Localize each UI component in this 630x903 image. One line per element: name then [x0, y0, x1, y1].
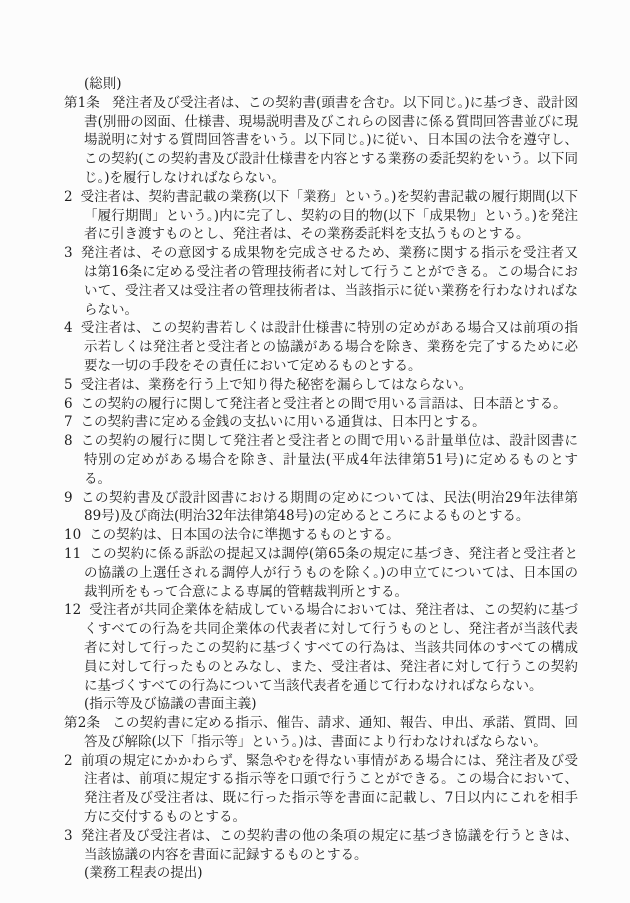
- clause-number: 6: [64, 396, 73, 412]
- clause-number: 5: [64, 377, 73, 393]
- clause-text: この契約に係る訴訟の提起又は調停(第65条の規定に基づき、発注者と受注者との協議…: [84, 546, 578, 600]
- section-heading-text: (指示等及び協議の書面主義): [84, 696, 257, 712]
- clause-number: 11: [64, 546, 81, 562]
- clause-item: 3発注者は、その意図する成果物を完成させるため、業務に関する指示を受注者又は第1…: [64, 244, 578, 319]
- clause-number: 8: [64, 433, 73, 449]
- clause-text: 発注者は、その意図する成果物を完成させるため、業務に関する指示を受注者又は第16…: [81, 245, 578, 317]
- article-number: 第2条: [64, 715, 100, 731]
- clause-text: この契約の履行に関して発注者と受注者との間で用いる計量単位は、設計図書に特別の定…: [81, 433, 578, 487]
- clause-text: この契約書及び設計図書における期間の定めについては、民法(明治29年法律第89号…: [81, 490, 578, 525]
- clause-number: 3: [64, 828, 73, 844]
- clause-item: 6この契約の履行に関して発注者と受注者との間で用いる言語は、日本語とする。: [64, 395, 578, 414]
- clause-item: 9この契約書及び設計図書における期間の定めについては、民法(明治29年法律第89…: [64, 489, 578, 527]
- clause-item: 10この契約は、日本国の法令に準拠するものとする。: [64, 526, 578, 545]
- clause-item: 7この契約書に定める金銭の支払いに用いる通貨は、日本円とする。: [64, 413, 578, 432]
- clause-number: 12: [64, 602, 81, 618]
- document-page: (総則)第1条発注者及び受注者は、この契約書(頭書を含む。以下同じ。)に基づき、…: [0, 0, 630, 903]
- clause-text: 受注者は、この契約書若しくは設計仕様書に特別の定めがある場合又は前項の指示若しく…: [81, 320, 578, 374]
- section-heading-text: (業務工程表の提出): [84, 865, 203, 881]
- clause-item: 2受注者は、契約書記載の業務(以下「業務」という。)を契約書記載の履行期間(以下…: [64, 188, 578, 244]
- clause-text: 受注者が共同企業体を結成している場合においては、発注者は、この契約に基づくすべて…: [84, 602, 578, 693]
- clause-text: 受注者は、業務を行う上で知り得た秘密を漏らしてはならない。: [81, 377, 473, 393]
- clause-number: 2: [64, 189, 73, 205]
- section-heading-text: (総則): [84, 76, 122, 92]
- article-number: 第1条: [64, 95, 100, 111]
- clause-item: 3発注者及び受注者は、この契約書の他の条項の規定に基づき協議を行うときは、当該協…: [64, 827, 578, 865]
- article-paragraph: 第1条発注者及び受注者は、この契約書(頭書を含む。以下同じ。)に基づき、設計図書…: [64, 94, 578, 188]
- clause-item: 2前項の規定にかかわらず、緊急やむを得ない事情がある場合には、発注者及び受注者は…: [64, 752, 578, 827]
- clause-number: 7: [64, 414, 73, 430]
- clause-item: 8この契約の履行に関して発注者と受注者との間で用いる計量単位は、設計図書に特別の…: [64, 432, 578, 488]
- clause-item: 12受注者が共同企業体を結成している場合においては、発注者は、この契約に基づくす…: [64, 601, 578, 695]
- clause-text: 前項の規定にかかわらず、緊急やむを得ない事情がある場合には、発注者及び受注者は、…: [81, 753, 578, 825]
- clause-number: 3: [64, 245, 73, 261]
- clause-item: 11この契約に係る訴訟の提起又は調停(第65条の規定に基づき、発注者と受注者との…: [64, 545, 578, 601]
- section-heading: (総則): [64, 75, 578, 94]
- clause-number: 2: [64, 753, 73, 769]
- clause-number: 10: [64, 527, 81, 543]
- clause-text: この契約書に定める金銭の支払いに用いる通貨は、日本円とする。: [81, 414, 486, 430]
- article-paragraph: 第2条この契約書に定める指示、催告、請求、通知、報告、申出、承諾、質問、回答及び…: [64, 714, 578, 752]
- clause-number: 9: [64, 490, 73, 506]
- clause-text: この契約は、日本国の法令に準拠するものとする。: [89, 527, 400, 543]
- article-text: この契約書に定める指示、催告、請求、通知、報告、申出、承諾、質問、回答及び解除(…: [84, 715, 578, 750]
- document-body: (総則)第1条発注者及び受注者は、この契約書(頭書を含む。以下同じ。)に基づき、…: [64, 75, 578, 883]
- clause-text: 発注者及び受注者は、この契約書の他の条項の規定に基づき協議を行うときは、当該協議…: [81, 828, 578, 863]
- clause-text: この契約の履行に関して発注者と受注者との間で用いる言語は、日本語とする。: [81, 396, 567, 412]
- clause-text: 受注者は、契約書記載の業務(以下「業務」という。)を契約書記載の履行期間(以下「…: [81, 189, 578, 243]
- article-text: 発注者及び受注者は、この契約書(頭書を含む。以下同じ。)に基づき、設計図書(別冊…: [84, 95, 578, 186]
- section-heading: (業務工程表の提出): [64, 864, 578, 883]
- clause-item: 4受注者は、この契約書若しくは設計仕様書に特別の定めがある場合又は前項の指示若し…: [64, 319, 578, 375]
- clause-number: 4: [64, 320, 73, 336]
- clause-item: 5受注者は、業務を行う上で知り得た秘密を漏らしてはならない。: [64, 376, 578, 395]
- section-heading: (指示等及び協議の書面主義): [64, 695, 578, 714]
